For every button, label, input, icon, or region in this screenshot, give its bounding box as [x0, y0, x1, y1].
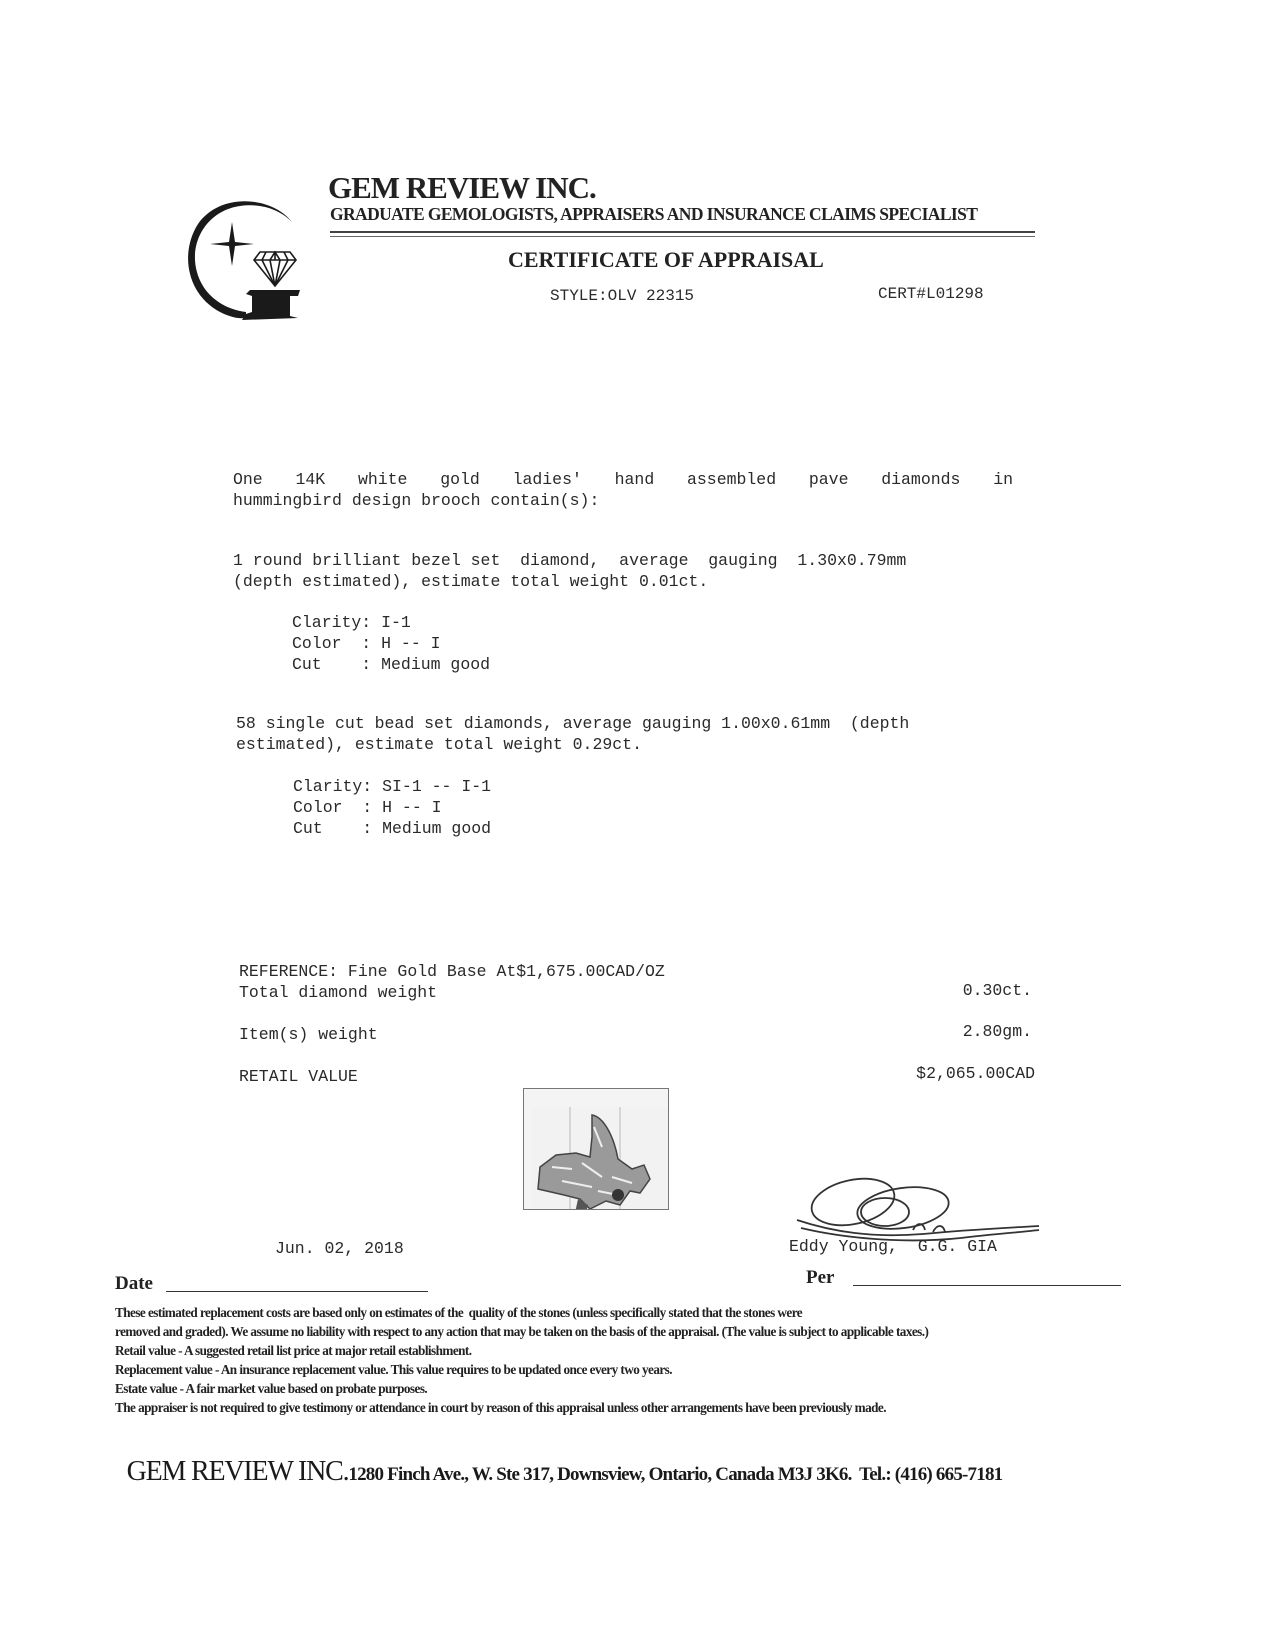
total-diamond-weight-label: Total diamond weight: [239, 983, 437, 1002]
footer-address: 1280 Finch Ave., W. Ste 317, Downsview, …: [348, 1464, 1002, 1485]
stone-2-clarity: Clarity: SI-1 -- I-1: [293, 777, 491, 796]
word: gold: [440, 470, 480, 489]
word: 14K: [295, 470, 325, 489]
grade-label: Clarity:: [293, 777, 372, 796]
grade-value: Medium good: [382, 819, 491, 838]
appraisal-date: Jun. 02, 2018: [275, 1239, 404, 1258]
gold-reference: REFERENCE: Fine Gold Base At$1,675.00CAD…: [239, 962, 665, 981]
disclaimer-line-1: These estimated replacement costs are ba…: [115, 1305, 802, 1321]
style-number: STYLE:OLV 22315: [550, 287, 694, 305]
stone-2-line2: estimated), estimate total weight 0.29ct…: [236, 735, 642, 754]
item-weight-label: Item(s) weight: [239, 1025, 378, 1044]
stone-1-color: Color : H -- I: [292, 634, 441, 653]
grade-value: H -- I: [381, 634, 440, 653]
retail-value-amount: $2,065.00CAD: [775, 1064, 1035, 1083]
stone-1-line1: 1 round brilliant bezel set diamond, ave…: [233, 551, 906, 570]
gem-logo-icon: [172, 176, 297, 304]
header-rule: [330, 231, 1035, 233]
document-title: CERTIFICATE OF APPRAISAL: [508, 247, 824, 273]
disclaimer-line-4: Replacement value - An insurance replace…: [115, 1362, 672, 1378]
grade-value: Medium good: [381, 655, 490, 674]
stone-2-color: Color : H -- I: [293, 798, 442, 817]
word: in: [993, 470, 1013, 489]
disclaimer-line-2: removed and graded). We assume no liabil…: [115, 1324, 928, 1340]
date-label: Date: [115, 1273, 153, 1295]
item-weight-value: 2.80gm.: [772, 1022, 1032, 1041]
disclaimer-line-6: The appraiser is not required to give te…: [115, 1400, 886, 1416]
signature-scribble: [785, 1150, 1035, 1230]
disclaimer-line-5: Estate value - A fair market value based…: [115, 1381, 427, 1397]
date-line: [166, 1291, 428, 1292]
word: white: [358, 470, 408, 489]
grade-label: Cut :: [292, 655, 371, 674]
word: ladies': [513, 470, 582, 489]
word: diamonds: [881, 470, 960, 489]
grade-label: Clarity:: [292, 613, 371, 632]
stone-1-clarity: Clarity: I-1: [292, 613, 411, 632]
per-line: [853, 1285, 1121, 1286]
certificate-number: CERT#L01298: [878, 285, 984, 303]
brooch-photo: [523, 1088, 669, 1210]
company-name: GEM REVIEW INC.: [328, 170, 596, 206]
grade-value: SI-1 -- I-1: [382, 777, 491, 796]
grade-value: H -- I: [382, 798, 441, 817]
stone-2-cut: Cut : Medium good: [293, 819, 491, 838]
grade-label: Cut :: [293, 819, 372, 838]
item-description-line2: hummingbird design brooch contain(s):: [233, 491, 599, 510]
header-rule-thin: [330, 236, 1035, 237]
per-label: Per: [806, 1267, 834, 1289]
disclaimer-line-3: Retail value - A suggested retail list p…: [115, 1343, 472, 1359]
footer-line: GEM REVIEW INC.1280 Finch Ave., W. Ste 3…: [115, 1424, 1002, 1488]
stone-1-line2: (depth estimated), estimate total weight…: [233, 572, 708, 591]
item-description-line1: One 14K white gold ladies' hand assemble…: [233, 470, 1013, 489]
appraiser-name: Eddy Young, G.G. GIA: [789, 1237, 997, 1256]
word: One: [233, 470, 263, 489]
word: pave: [809, 470, 849, 489]
grade-label: Color :: [292, 634, 371, 653]
total-diamond-weight-value: 0.30ct.: [772, 981, 1032, 1000]
grade-label: Color :: [293, 798, 372, 817]
word: assembled: [687, 470, 776, 489]
stone-2-line1: 58 single cut bead set diamonds, average…: [236, 714, 909, 733]
grade-value: I-1: [381, 613, 411, 632]
company-tagline: GRADUATE GEMOLOGISTS, APPRAISERS AND INS…: [330, 204, 977, 225]
stone-1-cut: Cut : Medium good: [292, 655, 490, 674]
word: hand: [615, 470, 655, 489]
retail-value-label: RETAIL VALUE: [239, 1067, 358, 1086]
footer-company-name: GEM REVIEW INC.: [127, 1456, 349, 1487]
